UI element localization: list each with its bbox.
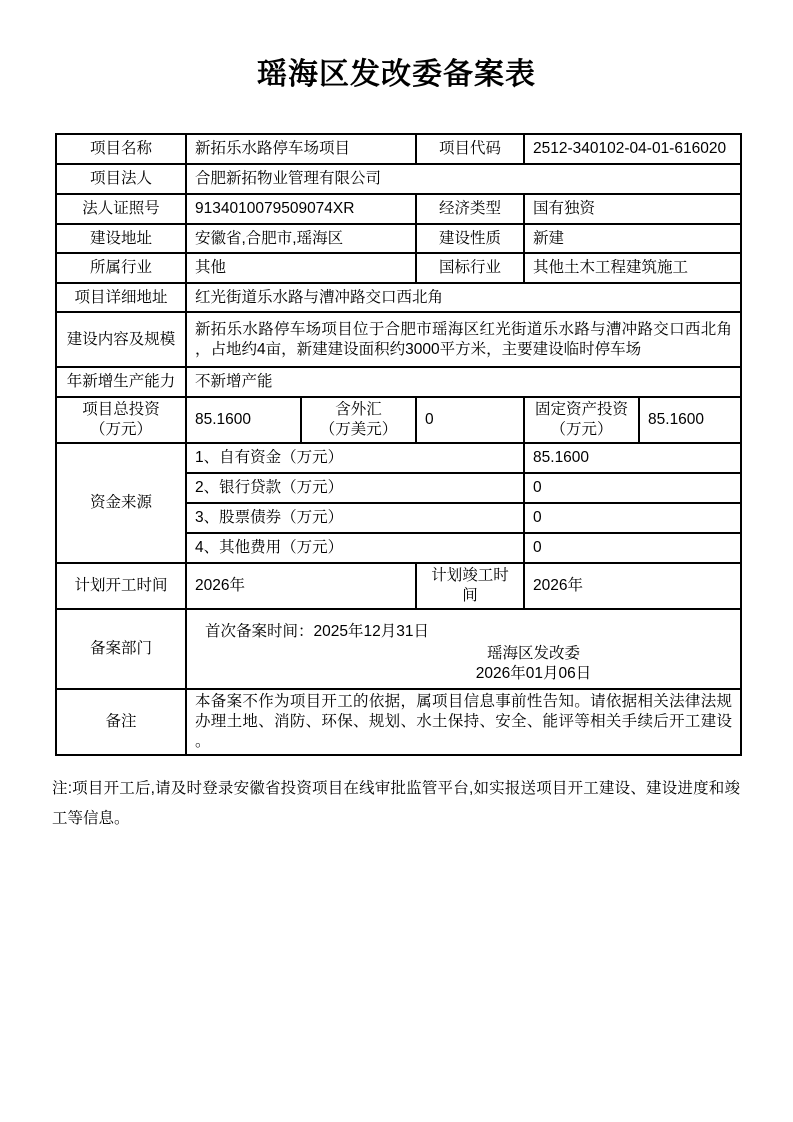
funding-item-name-4: 4、其他费用（万元） <box>186 533 524 563</box>
value-detail-address: 红光街道乐水路与漕冲路交口西北角 <box>186 283 741 312</box>
value-industry: 其他 <box>186 253 416 283</box>
label-build-nature: 建设性质 <box>416 224 524 253</box>
value-license-number: 9134010079509074XR <box>186 194 416 224</box>
label-foreign-capital-line2: （万美元） <box>320 421 398 438</box>
label-project-code: 项目代码 <box>416 134 524 164</box>
first-filing-time: 首次备案时间：2025年12月31日 <box>195 614 732 642</box>
table-row-project-name: 项目名称 新拓乐水路停车场项目 项目代码 2512-340102-04-01-6… <box>56 134 741 164</box>
funding-item-value-2: 0 <box>524 473 741 503</box>
value-filing-department: 首次备案时间：2025年12月31日 瑶海区发改委 2026年01月06日 <box>186 609 741 689</box>
label-project-name: 项目名称 <box>56 134 186 164</box>
label-new-capacity: 年新增生产能力 <box>56 367 186 397</box>
footer-note: 注:项目开工后,请及时登录安徽省投资项目在线审批监管平台,如实报送项目开工建设、… <box>52 774 740 834</box>
label-foreign-capital: 含外汇（万美元） <box>301 397 416 443</box>
value-foreign-capital: 0 <box>416 397 524 443</box>
label-detail-address: 项目详细地址 <box>56 283 186 312</box>
table-row-detail-address: 项目详细地址 红光街道乐水路与漕冲路交口西北角 <box>56 283 741 312</box>
label-legal-person: 项目法人 <box>56 164 186 194</box>
label-license-number: 法人证照号 <box>56 194 186 224</box>
label-filing-department: 备案部门 <box>56 609 186 689</box>
table-row-legal-person: 项目法人 合肥新拓物业管理有限公司 <box>56 164 741 194</box>
label-total-investment-line1: 项目总投资 <box>82 401 160 418</box>
label-planned-start: 计划开工时间 <box>56 563 186 609</box>
value-new-capacity: 不新增产能 <box>186 367 741 397</box>
label-fixed-asset-investment-line1: 固定资产投资 <box>535 401 628 418</box>
table-row-build-address: 建设地址 安徽省,合肥市,瑶海区 建设性质 新建 <box>56 224 741 253</box>
value-project-code: 2512-340102-04-01-616020 <box>524 134 741 164</box>
table-row-funding-1: 资金来源 1、自有资金（万元） 85.1600 <box>56 443 741 473</box>
table-row-filing-department: 备案部门 首次备案时间：2025年12月31日 瑶海区发改委 2026年01月0… <box>56 609 741 689</box>
label-foreign-capital-line1: 含外汇 <box>335 401 382 418</box>
value-project-name: 新拓乐水路停车场项目 <box>186 134 416 164</box>
table-row-investment: 项目总投资（万元） 85.1600 含外汇（万美元） 0 固定资产投资（万元） … <box>56 397 741 443</box>
label-national-industry: 国标行业 <box>416 253 524 283</box>
table-row-schedule: 计划开工时间 2026年 计划竣工时间 2026年 <box>56 563 741 609</box>
label-fixed-asset-investment-line2: （万元） <box>551 421 613 438</box>
table-row-industry: 所属行业 其他 国标行业 其他土木工程建筑施工 <box>56 253 741 283</box>
value-total-investment: 85.1600 <box>186 397 301 443</box>
value-build-address: 安徽省,合肥市,瑶海区 <box>186 224 416 253</box>
funding-item-name-2: 2、银行贷款（万元） <box>186 473 524 503</box>
page-title: 瑶海区发改委备案表 <box>0 0 793 93</box>
table-row-new-capacity: 年新增生产能力 不新增产能 <box>56 367 741 397</box>
value-national-industry: 其他土木工程建筑施工 <box>524 253 741 283</box>
filing-authority: 瑶海区发改委 <box>335 644 732 664</box>
funding-item-value-3: 0 <box>524 503 741 533</box>
table-row-content-scale: 建设内容及规模 新拓乐水路停车场项目位于合肥市瑶海区红光街道乐水路与漕冲路交口西… <box>56 312 741 367</box>
label-fixed-asset-investment: 固定资产投资（万元） <box>524 397 639 443</box>
label-funding-source: 资金来源 <box>56 443 186 563</box>
label-remarks: 备注 <box>56 689 186 755</box>
table-row-license-number: 法人证照号 9134010079509074XR 经济类型 国有独资 <box>56 194 741 224</box>
filing-authority-stamp: 瑶海区发改委 2026年01月06日 <box>195 644 732 684</box>
funding-item-name-3: 3、股票债券（万元） <box>186 503 524 533</box>
label-total-investment-line2: （万元） <box>90 421 152 438</box>
filing-date: 2026年01月06日 <box>335 664 732 684</box>
label-build-address: 建设地址 <box>56 224 186 253</box>
funding-item-name-1: 1、自有资金（万元） <box>186 443 524 473</box>
value-planned-start: 2026年 <box>186 563 416 609</box>
value-legal-person: 合肥新拓物业管理有限公司 <box>186 164 741 194</box>
value-fixed-asset-investment: 85.1600 <box>639 397 741 443</box>
label-content-scale: 建设内容及规模 <box>56 312 186 367</box>
funding-item-value-1: 85.1600 <box>524 443 741 473</box>
value-economic-type: 国有独资 <box>524 194 741 224</box>
label-total-investment: 项目总投资（万元） <box>56 397 186 443</box>
filing-form-page: 瑶海区发改委备案表 项目名称 新拓乐水路停车场项目 项目代码 2512-3401… <box>0 0 793 1122</box>
value-content-scale: 新拓乐水路停车场项目位于合肥市瑶海区红光街道乐水路与漕冲路交口西北角，占地约4亩… <box>186 312 741 367</box>
table-row-remarks: 备注 本备案不作为项目开工的依据，属项目信息事前性告知。请依据相关法律法规办理土… <box>56 689 741 755</box>
funding-item-value-4: 0 <box>524 533 741 563</box>
label-economic-type: 经济类型 <box>416 194 524 224</box>
value-remarks: 本备案不作为项目开工的依据，属项目信息事前性告知。请依据相关法律法规办理土地、消… <box>186 689 741 755</box>
value-build-nature: 新建 <box>524 224 741 253</box>
label-industry: 所属行业 <box>56 253 186 283</box>
value-planned-completion: 2026年 <box>524 563 741 609</box>
label-planned-completion: 计划竣工时间 <box>416 563 524 609</box>
filing-form-table: 项目名称 新拓乐水路停车场项目 项目代码 2512-340102-04-01-6… <box>55 133 742 756</box>
